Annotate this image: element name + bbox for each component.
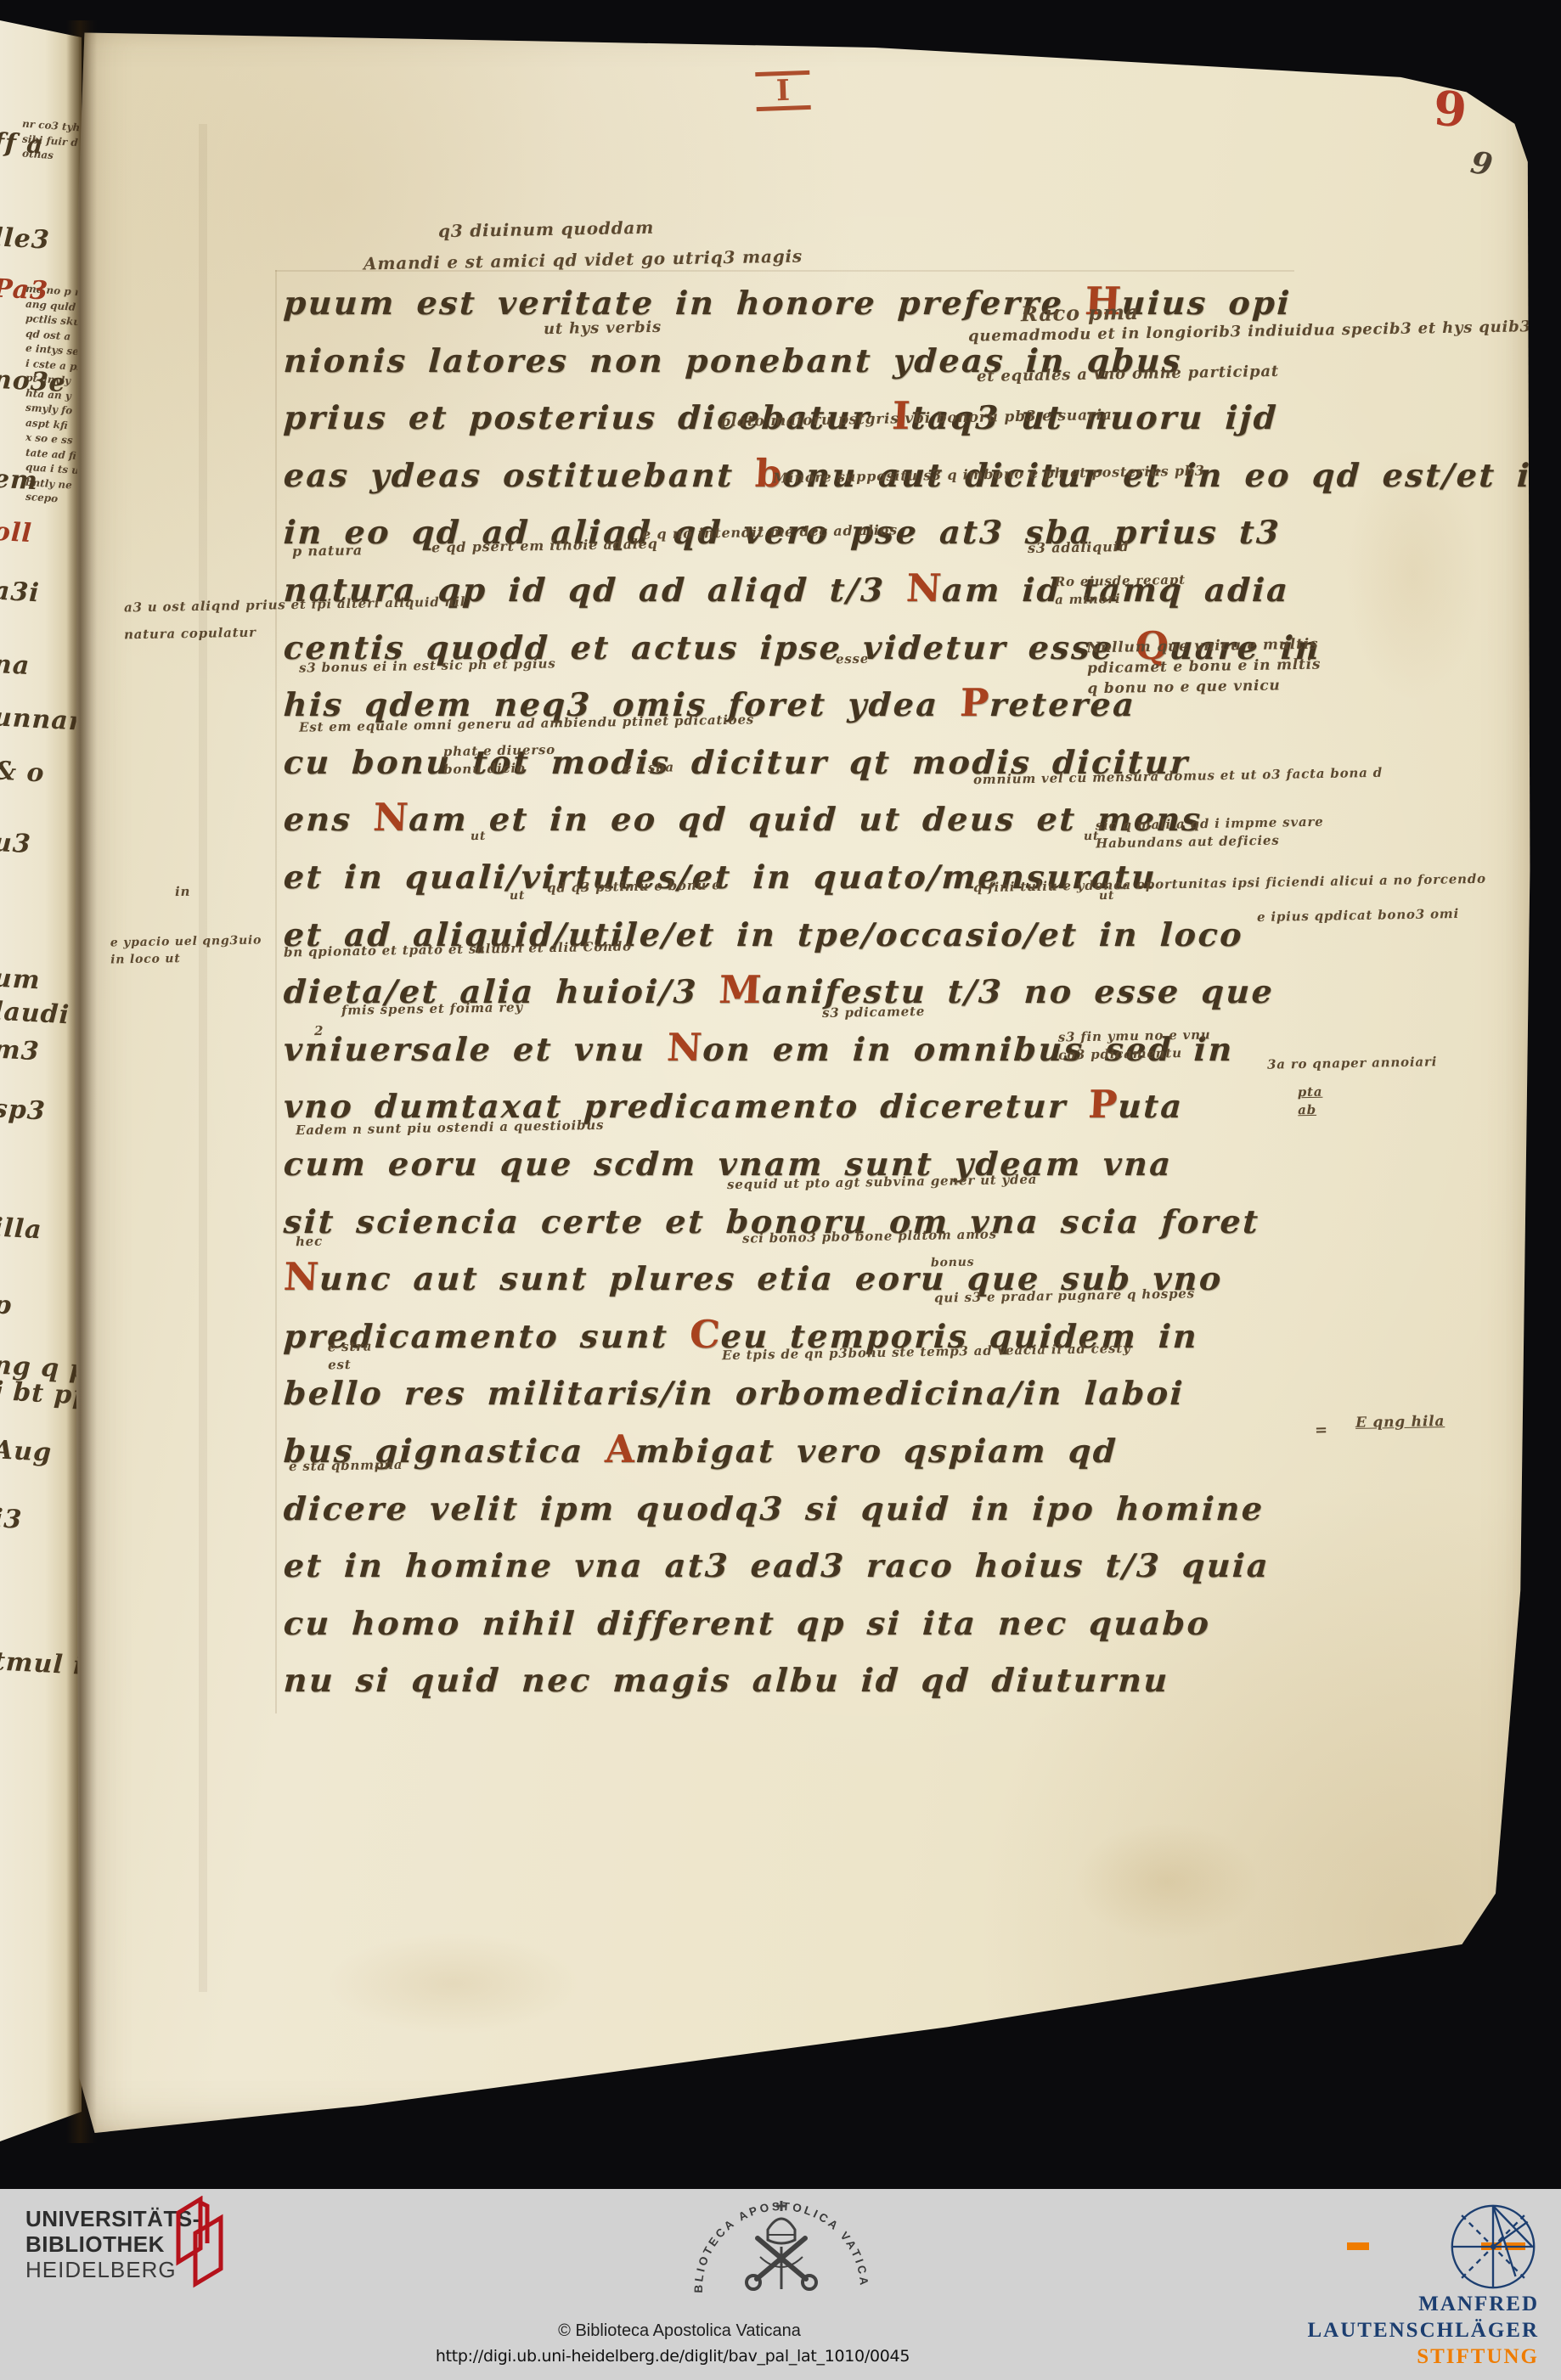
red-initial: P	[1087, 1082, 1119, 1127]
edge-fragment: m3	[0, 1035, 41, 1067]
margin-note: hec	[296, 1233, 323, 1252]
red-initial: N	[905, 565, 944, 610]
margin-note: e qd psert em ithoie adaleq	[431, 535, 658, 558]
margin-note: e stra est	[328, 1338, 373, 1375]
edge-fragment: ff a	[0, 127, 45, 160]
margin-note: sci bono3 pbo bone platom amos	[742, 1225, 997, 1247]
margin-note: qd q3 pstimu e bonu e	[547, 876, 721, 897]
margin-note: e ipius qpdicat bono3 omi	[1257, 905, 1459, 926]
red-initial: N	[666, 1025, 704, 1070]
margin-note: q3 diuinum quoddam	[438, 216, 655, 243]
margin-note: E qng hila	[1355, 1412, 1445, 1434]
margin-note: 2	[314, 1022, 324, 1040]
margin-note: phat e diuerso bonu dicio	[443, 741, 556, 779]
manuscript-line: dicere velit ipm quodq3 si quid in ipo h…	[283, 1484, 1266, 1529]
margin-note: in	[175, 883, 191, 901]
edge-fragment: illa	[0, 1213, 43, 1246]
red-initial: A	[604, 1426, 637, 1471]
edge-fragment: laudi	[0, 997, 70, 1031]
margin-note: fmis spens et foima rey	[341, 999, 523, 1020]
edge-fragment: em	[0, 464, 39, 497]
edge-fragment: Pa3	[0, 273, 49, 306]
edge-fragment: lle3	[0, 222, 51, 255]
book-gutter-shadow	[66, 20, 97, 2143]
mls-line1: MANFRED	[1418, 2293, 1539, 2316]
edge-fragment: na	[0, 650, 31, 681]
vatican-emblem-icon: BIBLIOTECA APOSTOLICA VATICANA	[675, 2194, 888, 2326]
margin-note: Ro eiusde recapt a minori	[1055, 571, 1186, 610]
scan-viewer: nr co3 tyhsibi fuir d fotnas me no p n3a…	[0, 0, 1561, 2380]
margin-note: a3 u ost aliqnd prius et ipi alteri aliq…	[124, 593, 466, 616]
margin-note: =	[1315, 1420, 1328, 1441]
edge-fragment: & o	[0, 756, 45, 788]
vatican-arc-text: BIBLIOTECA APOSTOLICA VATICANA	[675, 2194, 871, 2293]
margin-note: esse	[836, 650, 870, 669]
manuscript-line: nu si quid nec magis albu id qd diuturnu	[283, 1656, 1171, 1701]
mls-line2: LAUTENSCHLÄGER	[1308, 2319, 1540, 2343]
red-initial: N	[372, 795, 410, 840]
red-initial: C	[689, 1312, 723, 1357]
edge-fragment: oll	[0, 517, 33, 549]
edge-fragment: i3	[0, 1504, 23, 1535]
edge-fragment: Aug	[0, 1435, 53, 1468]
margin-note: s3 bonus ei in est sic ph et pgius	[299, 655, 556, 677]
mls-dash-icon	[1347, 2242, 1369, 2250]
manuscript-line: puum est veritate in honore preferre Hui…	[283, 279, 1293, 324]
manuscript-line: ens Nam et in eo qd quid ut deus et mens	[283, 795, 1203, 840]
edge-fragment: u3	[0, 828, 32, 859]
svg-text:BIBLIOTECA APOSTOLICA VATICANA: BIBLIOTECA APOSTOLICA VATICANA	[675, 2194, 871, 2293]
margin-note: ut	[1084, 829, 1100, 846]
manuscript-line: bello res militaris/in orbomedicina/in l…	[283, 1369, 1186, 1414]
red-initial: M	[718, 967, 764, 1012]
margin-note: s3 pdicamete	[822, 1003, 925, 1022]
margin-note: e sta qbnmpna	[289, 1456, 403, 1476]
edge-fragment: a3i	[0, 577, 41, 609]
text-block: puum est veritate in honore preferre Hui…	[71, 22, 1532, 2141]
manuscript-page: I 9 9 puum est veritate in honore prefer…	[71, 22, 1532, 2141]
edge-fragment: no3e	[0, 365, 67, 398]
manuscript-line: cu homo nihil different qp si ita nec qu…	[283, 1599, 1212, 1644]
vatican-copyright: © Biblioteca Apostolica Vaticana	[558, 2321, 801, 2341]
edge-fragment: sp3	[0, 1094, 47, 1126]
margin-note: ut hys verbis	[544, 317, 662, 340]
margin-note: e ypacio uel qng3uio in loco ut	[110, 932, 262, 968]
margin-note: Nullum que vnicu e multis pdicamet e bon…	[1086, 635, 1321, 700]
edge-fragment: p	[0, 1290, 13, 1320]
margin-note: Amandi e st amici qd videt go utriq3 mag…	[363, 244, 803, 275]
margin-note: ut	[510, 888, 526, 905]
margin-note: pta ab	[1298, 1083, 1323, 1120]
margin-note: e i sba	[623, 758, 674, 777]
margin-note: 3a ro qnaper annoiari	[1267, 1053, 1437, 1073]
manuscript-line: et in homine vna at3 ead3 raco hoius t/3…	[283, 1541, 1271, 1586]
margin-note: ut	[471, 829, 487, 846]
edge-fragment: um	[0, 964, 41, 996]
margin-note: et equales a vno omne participat	[977, 361, 1279, 387]
red-initial: P	[959, 680, 991, 725]
ub-books-icon	[166, 2196, 240, 2296]
margin-note: natura copulatur	[124, 624, 256, 644]
margin-note: qui s3 e pradar pugnare q hospes	[934, 1285, 1195, 1307]
margin-note: bonus	[931, 1255, 975, 1272]
margin-note: p natura	[292, 541, 363, 561]
persistent-url: http://digi.ub.uni-heidelberg.de/diglit/…	[436, 2347, 910, 2366]
manuscript-line: bus gignastica Ambigat vero qspiam qd	[283, 1426, 1119, 1471]
margin-note: ut	[1099, 888, 1115, 905]
mls-compass-icon	[1449, 2203, 1537, 2291]
footer-bar: UNIVERSITÄTS- BIBLIOTHEK HEIDELBERG BIBL…	[0, 2189, 1561, 2380]
red-initial: N	[283, 1254, 321, 1299]
margin-note: s3 fin ymu no e vnu co3 pdicamentu	[1058, 1026, 1211, 1064]
margin-note: s3 adaliquid	[1028, 537, 1130, 558]
margin-note: sic q mali a qd i impme svare Habundans …	[1096, 813, 1324, 853]
mls-line3: STIFTUNG	[1417, 2345, 1539, 2369]
